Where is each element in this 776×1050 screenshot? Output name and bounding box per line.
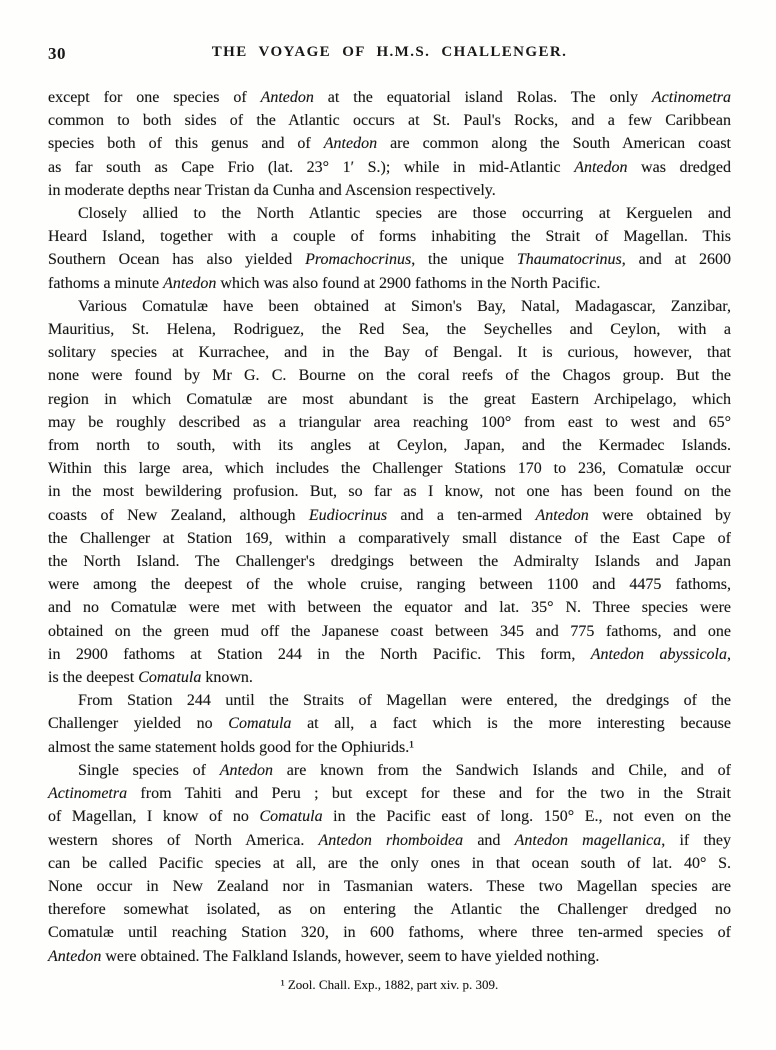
text-line: region in which Comatulæ are most abunda…	[48, 388, 731, 411]
text-line: were among the deepest of the whole crui…	[48, 573, 731, 596]
text-line: Challenger yielded no Comatula at all, a…	[48, 712, 731, 735]
text-line: species both of this genus and of Antedo…	[48, 132, 731, 155]
text-line: fathoms a minute Antedon which was also …	[48, 272, 731, 295]
text-line: from north to south, with its angles at …	[48, 434, 731, 457]
text-line: may be roughly described as a triangular…	[48, 411, 731, 434]
text-line: obtained on the green mud off the Japane…	[48, 620, 731, 643]
text-line: in 2900 fathoms at Station 244 in the No…	[48, 643, 731, 666]
running-title: THE VOYAGE OF H.M.S. CHALLENGER.	[48, 44, 731, 61]
text-line: therefore somewhat isolated, as on enter…	[48, 898, 731, 921]
text-line: Antedon were obtained. The Falkland Isla…	[48, 945, 731, 968]
text-line: None occur in New Zealand nor in Tasmani…	[48, 875, 731, 898]
text-line: solitary species at Kurrachee, and in th…	[48, 341, 731, 364]
text-line: in moderate depths near Tristan da Cunha…	[48, 179, 731, 202]
text-line: none were found by Mr G. C. Bourne on th…	[48, 364, 731, 387]
text-line: Mauritius, St. Helena, Rodriguez, the Re…	[48, 318, 731, 341]
text-line: the North Island. The Challenger's dredg…	[48, 550, 731, 573]
text-line: Heard Island, together with a couple of …	[48, 225, 731, 248]
text-line: Various Comatulæ have been obtained at S…	[48, 295, 731, 318]
paragraph: From Station 244 until the Straits of Ma…	[48, 689, 731, 759]
text-line: is the deepest Comatula known.	[48, 666, 731, 689]
text-line: From Station 244 until the Straits of Ma…	[48, 689, 731, 712]
text-line: Within this large area, which includes t…	[48, 457, 731, 480]
page-header: 30 THE VOYAGE OF H.M.S. CHALLENGER.	[48, 44, 731, 64]
book-page: 30 THE VOYAGE OF H.M.S. CHALLENGER. exce…	[0, 0, 776, 1050]
text-line: in the most bewildering profusion. But, …	[48, 480, 731, 503]
page-text: except for one species of Antedon at the…	[48, 86, 731, 968]
paragraph: Closely allied to the North Atlantic spe…	[48, 202, 731, 295]
text-line: the Challenger at Station 169, within a …	[48, 527, 731, 550]
text-line: except for one species of Antedon at the…	[48, 86, 731, 109]
text-line: of Magellan, I know of no Comatula in th…	[48, 805, 731, 828]
text-line: common to both sides of the Atlantic occ…	[48, 109, 731, 132]
text-line: as far south as Cape Frio (lat. 23° 1′ S…	[48, 156, 731, 179]
text-line: can be called Pacific species at all, ar…	[48, 852, 731, 875]
text-line: Comatulæ until reaching Station 320, in …	[48, 921, 731, 944]
paragraph: Various Comatulæ have been obtained at S…	[48, 295, 731, 689]
paragraph: except for one species of Antedon at the…	[48, 86, 731, 202]
page-number: 30	[48, 44, 66, 64]
text-line: Southern Ocean has also yielded Promacho…	[48, 248, 731, 271]
text-line: Single species of Antedon are known from…	[48, 759, 731, 782]
text-line: coasts of New Zealand, although Eudiocri…	[48, 504, 731, 527]
footnote: ¹ Zool. Chall. Exp., 1882, part xiv. p. …	[48, 977, 731, 993]
text-line: almost the same statement holds good for…	[48, 736, 731, 759]
paragraph: Single species of Antedon are known from…	[48, 759, 731, 968]
text-line: Actinometra from Tahiti and Peru ; but e…	[48, 782, 731, 805]
text-line: and no Comatulæ were met with between th…	[48, 596, 731, 619]
text-line: Closely allied to the North Atlantic spe…	[48, 202, 731, 225]
text-line: western shores of North America. Antedon…	[48, 829, 731, 852]
